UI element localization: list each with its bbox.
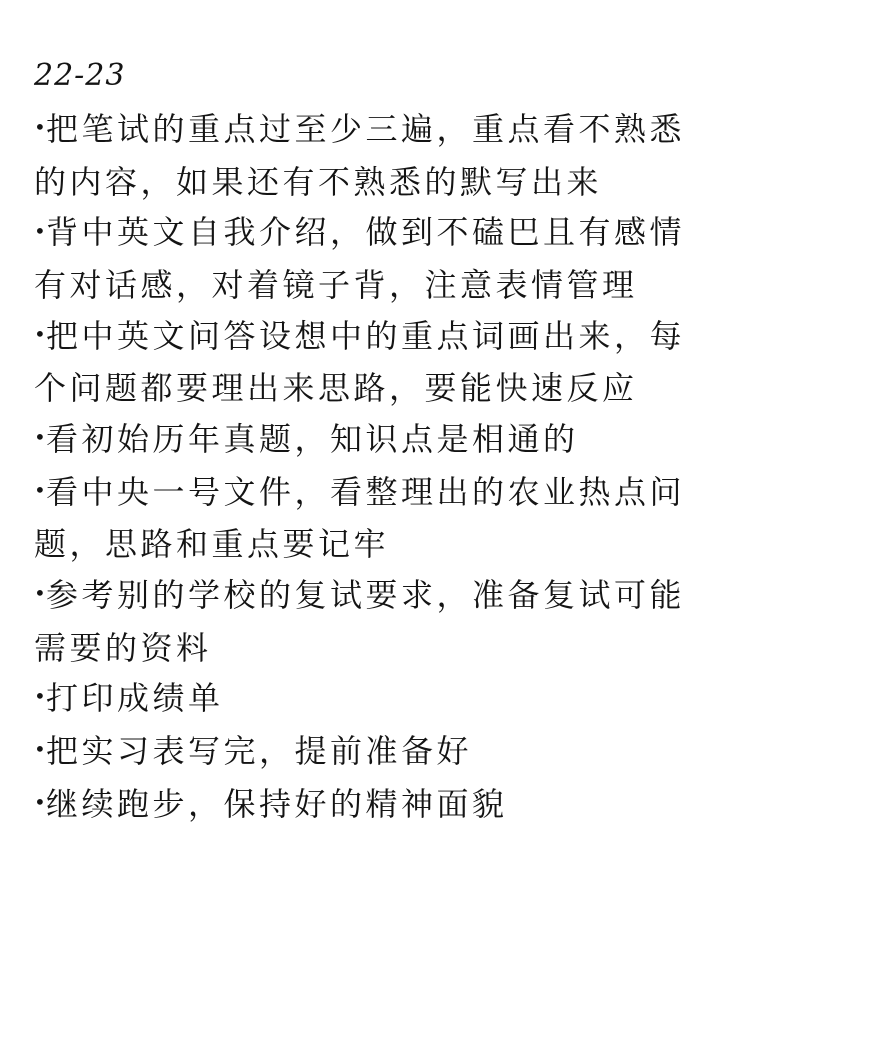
bullet-icon: • (34, 309, 46, 360)
list-item: •打印成绩单 (34, 673, 714, 726)
list-item: •参考别的学校的复试要求，准备复试可能需要的资料 (34, 570, 714, 673)
todo-list: •把笔试的重点过至少三遍，重点看不熟悉的内容，如果还有不熟悉的默写出来 •背中英… (34, 104, 714, 831)
list-item: •把实习表写完，提前准备好 (34, 726, 714, 779)
item-text: 看中央一号文件，看整理出的农业热点问题，思路和重点要记牢 (34, 473, 685, 564)
item-text: 背中英文自我介绍，做到不磕巴且有感情有对话感，对着镜子背，注意表情管理 (34, 213, 685, 304)
bullet-icon: • (34, 671, 46, 722)
item-text: 继续跑步，保持好的精神面貌 (46, 785, 508, 823)
note-heading: 22-23 (34, 56, 714, 96)
handwritten-note: 22-23 •把笔试的重点过至少三遍，重点看不熟悉的内容，如果还有不熟悉的默写出… (34, 56, 714, 831)
bullet-icon: • (34, 568, 46, 619)
list-item: •看中央一号文件，看整理出的农业热点问题，思路和重点要记牢 (34, 467, 714, 570)
item-text: 看初始历年真题，知识点是相通的 (46, 420, 579, 458)
bullet-icon: • (34, 102, 46, 153)
item-text: 把笔试的重点过至少三遍，重点看不熟悉的内容，如果还有不熟悉的默写出来 (34, 110, 685, 201)
bullet-icon: • (34, 777, 46, 828)
list-item: •背中英文自我介绍，做到不磕巴且有感情有对话感，对着镜子背，注意表情管理 (34, 207, 714, 310)
list-item: •把中英文问答设想中的重点词画出来，每个问题都要理出来思路，要能快速反应 (34, 311, 714, 414)
item-text: 把实习表写完，提前准备好 (46, 732, 472, 770)
bullet-icon: • (34, 206, 46, 257)
list-item: •把笔试的重点过至少三遍，重点看不熟悉的内容，如果还有不熟悉的默写出来 (34, 104, 714, 207)
list-item: •看初始历年真题，知识点是相通的 (34, 414, 714, 467)
item-text: 把中英文问答设想中的重点词画出来，每个问题都要理出来思路，要能快速反应 (34, 317, 685, 408)
list-item: •继续跑步，保持好的精神面貌 (34, 779, 714, 832)
bullet-icon: • (34, 412, 46, 463)
bullet-icon: • (34, 465, 46, 516)
bullet-icon: • (34, 724, 46, 775)
item-text: 打印成绩单 (46, 679, 224, 717)
item-text: 参考别的学校的复试要求，准备复试可能需要的资料 (34, 576, 685, 667)
